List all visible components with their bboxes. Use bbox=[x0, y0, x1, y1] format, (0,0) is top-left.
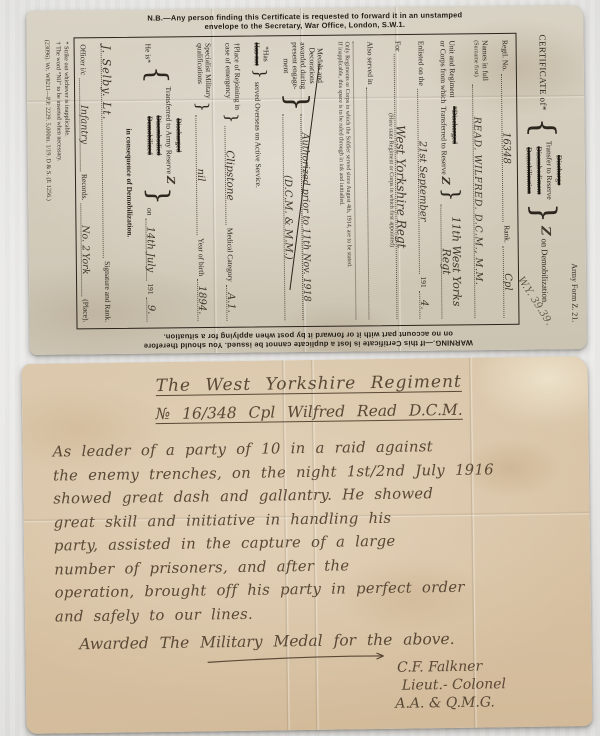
field-enlisted: Enlisted on the 21st September 191 4. bbox=[416, 41, 429, 319]
citation-content: The West Yorkshire Regiment № 16/348 Cpl… bbox=[52, 366, 571, 725]
overseas-brace: } bbox=[252, 69, 266, 79]
medals-brace: } bbox=[281, 92, 309, 111]
signatory-rank: Lieut.- Colonel bbox=[374, 675, 506, 695]
heis-year-value: 9. bbox=[145, 305, 156, 315]
certificate-suffix: on Demobilization. bbox=[539, 239, 550, 305]
field-also-served: Also served in bbox=[365, 41, 377, 319]
medical-label: Medical Category bbox=[225, 228, 235, 282]
spec-value: nil bbox=[195, 169, 206, 182]
regtl-label: Regtl. No. bbox=[500, 40, 509, 71]
open-brace: { bbox=[528, 117, 558, 138]
consequence-text: in consequence of Demobilization. bbox=[124, 128, 134, 237]
spec-label-2: qualifications bbox=[195, 43, 204, 84]
field-officer: Officer i/c Infantry Records. No. 2 York… bbox=[78, 44, 91, 322]
heis-z-mark: Z bbox=[163, 176, 176, 184]
medals-label-5: ment bbox=[281, 58, 290, 73]
citation-subject: № 16/348 Cpl Wilfred Read D.C.M. bbox=[52, 399, 566, 424]
citation-document: The West Yorkshire Regiment № 16/348 Cpl… bbox=[21, 356, 592, 734]
birth-value: 1894. bbox=[196, 286, 207, 315]
heis-open-brace: { bbox=[144, 66, 170, 84]
heis-option-discharged: Discharged bbox=[174, 118, 183, 152]
photo-of-documents: N.B.—Any person finding this Certificate… bbox=[0, 0, 600, 736]
field-medals: Medals and Decorations awarded during pr… bbox=[281, 42, 326, 320]
field-overseas: *Has Has not } served Overseas on Active… bbox=[252, 42, 272, 320]
heis-year-print: 191 bbox=[146, 283, 155, 294]
field-for: For West Yorkshire Regt (Here state Regi… bbox=[385, 41, 407, 319]
heis-option-demobilized: Demobilized bbox=[145, 116, 154, 155]
close-brace: } bbox=[529, 203, 559, 224]
names-note: (Surname first) bbox=[472, 40, 478, 77]
records-value: No. 2 bbox=[79, 225, 90, 251]
option-transfer-to-reserve: Transfer to Reserve bbox=[544, 141, 554, 200]
field-rejoining: †Place of Rejoining in case of emergency… bbox=[223, 43, 243, 321]
medals-value-1: Authorized prior to 11th Nov. 1918 bbox=[299, 133, 312, 302]
certificate-label: CERTIFICATE of* bbox=[537, 34, 547, 114]
option-demobilization: Demobilization bbox=[524, 147, 533, 194]
signatory-role: A.A. & Q.M.G. bbox=[374, 693, 506, 713]
heis-label: He is* bbox=[143, 44, 152, 63]
officer-value: Infantry bbox=[78, 105, 89, 144]
army-form-z21-document: N.B.—Any person finding this Certificate… bbox=[26, 5, 587, 355]
records-label: Records. bbox=[79, 174, 88, 201]
heis-date-value: 14th July bbox=[144, 227, 155, 273]
field-specialist: Specialist Military qualifications } nil… bbox=[194, 43, 214, 321]
printer-imprint: (23096). Wt. W8211—P.P. 2229. 5,000m. 1/… bbox=[42, 38, 54, 330]
rank-label: Rank. bbox=[502, 225, 511, 243]
form-field-box: Regtl. No. 16348 Rank. Cpl Names in full… bbox=[73, 33, 519, 330]
unit-label-2: or Corps from which bbox=[438, 41, 448, 104]
signature-block: C.F. Falkner Lieut.- Colonel A.A. & Q.M.… bbox=[373, 657, 506, 713]
enlisted-year-print: 191 bbox=[419, 276, 428, 287]
enlisted-label: Enlisted on the bbox=[416, 41, 425, 86]
signature-value: J. Selby. Lt. bbox=[99, 45, 113, 120]
for-label: For bbox=[393, 41, 402, 52]
field-unit: Unit and Regiment or Corps from which *D… bbox=[438, 40, 462, 318]
field-signature: J. Selby. Lt. Signature and Rank. bbox=[100, 44, 114, 322]
spec-label-1: Specialist Military bbox=[203, 43, 213, 99]
overseas-text: served Overseas on Active Service. bbox=[252, 82, 262, 188]
form-readable-content: Army Form Z. 21. W.Y. 39.39. CERTIFICATE… bbox=[34, 32, 579, 330]
heis-option-transferred: Transferred to Army Reserve bbox=[163, 87, 173, 175]
overseas-has: *Has bbox=[261, 46, 270, 62]
form-area: Army Form Z. 21. W.Y. 39.39. CERTIFICATE… bbox=[34, 29, 578, 333]
field-consequence: in consequence of Demobilization. bbox=[123, 44, 135, 322]
enlisted-value: 21st September bbox=[416, 141, 428, 222]
award-line: Awarded The Military Medal for the above… bbox=[55, 628, 569, 653]
option-disembodiment: Disembodiment bbox=[534, 146, 544, 194]
unit-value: 11th West Yorks Regt bbox=[439, 216, 463, 306]
unit-z-mark: Z bbox=[439, 177, 452, 185]
unit-option-transferred: Transferred to Reserve bbox=[439, 106, 449, 175]
citation-body: As leader of a party of 10 in a raid aga… bbox=[53, 433, 570, 628]
certificate-options: Discharge Transfer to Reserve Disembodim… bbox=[523, 141, 564, 200]
spec-brace: } bbox=[195, 102, 209, 112]
for-value: West Yorkshire Regt bbox=[393, 125, 408, 249]
option-discharge: Discharge bbox=[554, 155, 563, 185]
form-number: Army Form Z. 21. bbox=[569, 263, 579, 322]
enlisted-year-value: 4. bbox=[418, 300, 429, 310]
field-he-is: He is* { Discharged Transferred to Army … bbox=[143, 43, 185, 321]
overseas-has-not: Has not bbox=[252, 42, 261, 65]
handwritten-z-mark: Z bbox=[539, 226, 549, 236]
rejoin-label-2: case of emergency bbox=[224, 43, 234, 99]
medical-value: A.1. bbox=[225, 293, 236, 313]
rejoin-brace: } bbox=[224, 113, 238, 123]
also-label: Also served in bbox=[365, 41, 374, 84]
place-value: York bbox=[79, 253, 90, 275]
signature-label: Signature and Rank. bbox=[102, 261, 112, 322]
medals-label-4: present engage- bbox=[290, 42, 299, 89]
officer-label: Officer i/c bbox=[78, 44, 87, 75]
place-label: (Place). bbox=[81, 299, 90, 322]
heis-option-disembodied: Disembodied bbox=[154, 115, 163, 155]
footnotes: * Strike out whichever is inapplicable. … bbox=[54, 37, 72, 329]
unit-brace: } bbox=[440, 187, 460, 201]
medals-label-2: Decorations bbox=[307, 47, 316, 83]
signatory-name: C.F. Falkner bbox=[373, 657, 505, 677]
unit-option-discharged: *Discharged bbox=[450, 106, 459, 144]
medals-value-2: (D.C.M. & M.M.) bbox=[281, 175, 293, 260]
names-label: Names in full bbox=[480, 40, 489, 81]
citation-title: The West Yorkshire Regiment bbox=[52, 370, 566, 397]
field-regtl-no: Regtl. No. 16348 Rank. Cpl bbox=[500, 40, 513, 318]
rejoin-value: Clipstone bbox=[223, 150, 236, 201]
rule-note: Only Regiments or Corps in which the Sol… bbox=[335, 42, 356, 320]
field-names: Names in full (Surname first) READ. WILF… bbox=[471, 40, 491, 318]
regtl-value: 16348 bbox=[500, 132, 511, 164]
names-value: READ. WILFRED. D.C.M., M.M. bbox=[471, 117, 484, 286]
rank-value: Cpl bbox=[501, 273, 512, 290]
birth-label: Year of birth bbox=[196, 238, 205, 276]
heis-close-brace: } bbox=[145, 187, 171, 205]
heis-on: on bbox=[145, 208, 154, 216]
rejoin-label-1: †Place of Rejoining in bbox=[232, 43, 242, 110]
ink-flourish-arrow bbox=[206, 651, 396, 666]
